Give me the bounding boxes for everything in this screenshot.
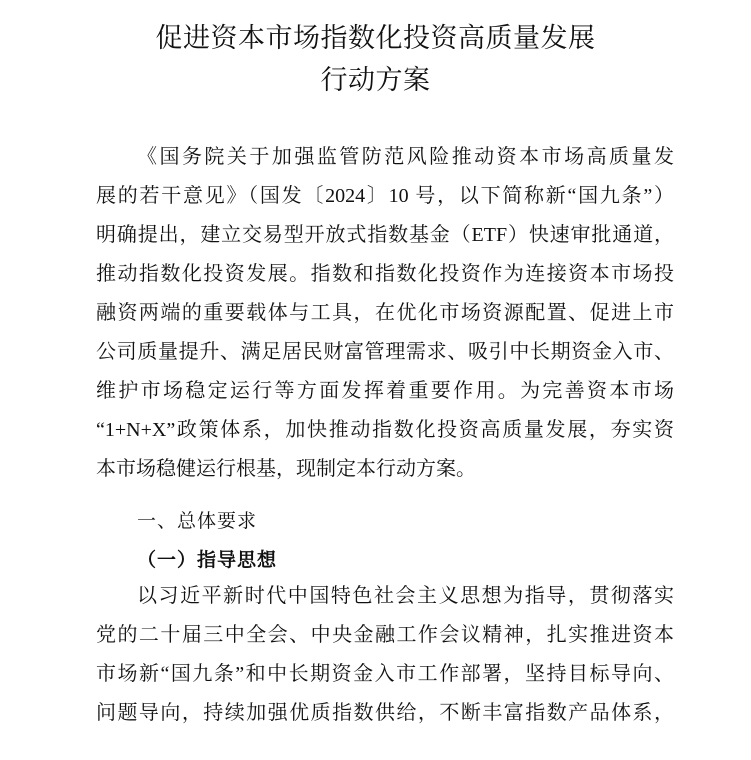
paragraph-line: 融资两端的重要载体与工具，在优化市场资源配置、促进上市 [96,300,674,326]
paragraph-line: 公司质量提升、满足居民财富管理需求、吸引中长期资金入市、 [96,339,674,365]
section-heading: 一、总体要求 [137,506,257,533]
paragraph-line: 本市场稳健运行根基，现制定本行动方案。 [96,456,674,482]
paragraph-line: 推动指数化投资发展。指数和指数化投资作为连接资本市场投 [96,261,674,287]
document-title-line-1: 促进资本市场指数化投资高质量发展 [0,16,751,55]
document-title-line-2: 行动方案 [0,58,751,97]
paragraph-line: 维护市场稳定运行等方面发挥着重要作用。为完善资本市场 [96,378,674,404]
paragraph-line: “1+N+X”政策体系，加快推动指数化投资高质量发展，夯实资 [96,417,674,443]
paragraph-line: 市场新“国九条”和中长期资金入市工作部署，坚持目标导向、 [96,661,674,687]
paragraph-line: 问题导向，持续加强优质指数供给，不断丰富指数产品体系， [96,700,674,726]
paragraph-line: 明确提出，建立交易型开放式指数基金（ETF）快速审批通道， [96,222,674,248]
paragraph-line: 以习近平新时代中国特色社会主义思想为指导，贯彻落实 [137,583,674,609]
paragraph-line: 展的若干意见》（国发〔2024〕10 号，以下简称新“国九条”） [96,183,674,209]
subsection-heading: （一）指导思想 [137,545,277,572]
paragraph-line: 党的二十届三中全会、中央金融工作会议精神，扎实推进资本 [96,622,674,648]
paragraph-line: 《国务院关于加强监管防范风险推动资本市场高质量发 [137,144,674,170]
